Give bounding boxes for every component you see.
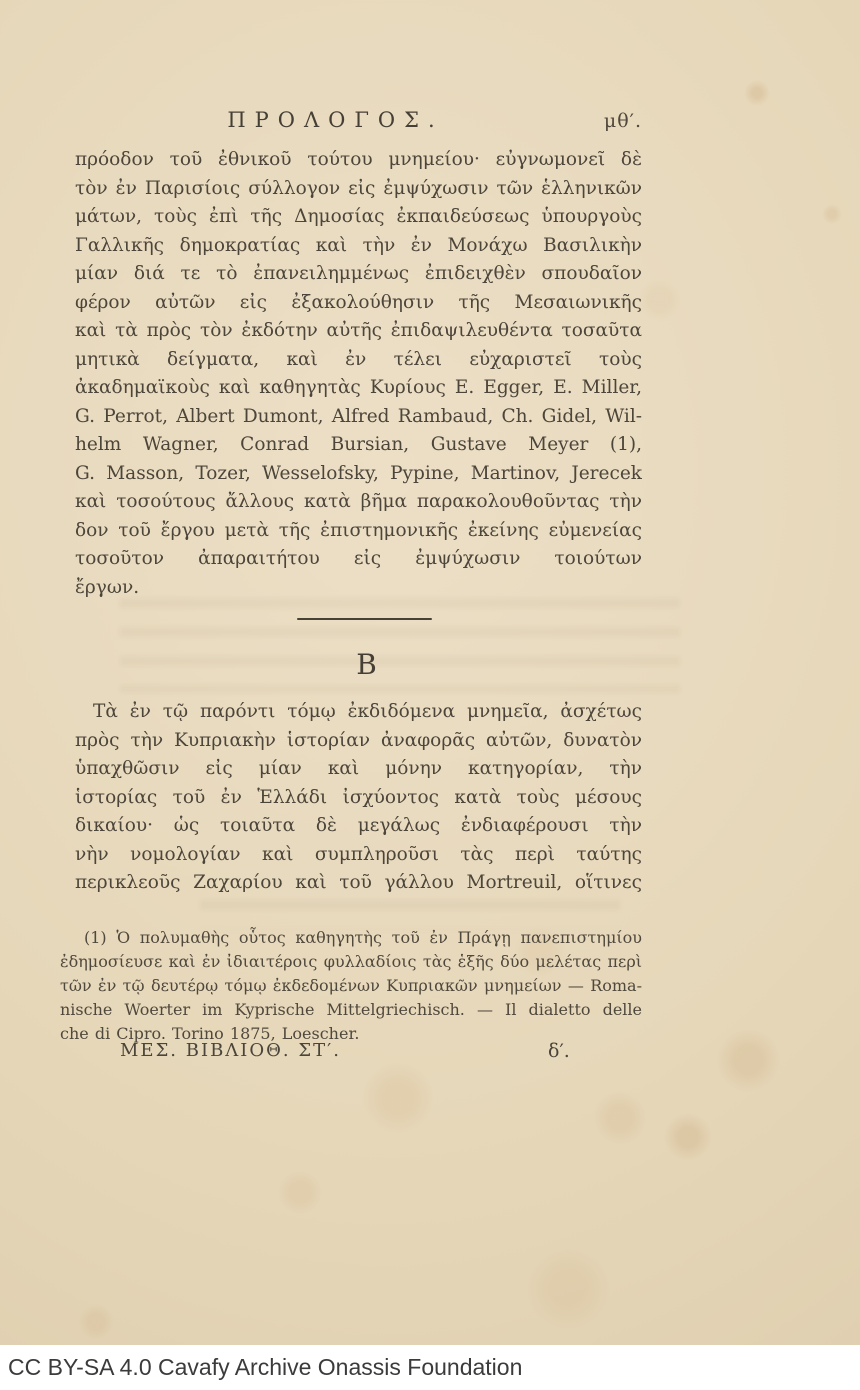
- text-line: φέρον αὐτῶν εἰς ἐξακολούθησιν τῆς Μεσαιω…: [75, 289, 642, 318]
- scanned-page: ΠΡΟΛΟΓΟΣ. μθ′. πρόοδον τοῦ ἐθνικοῦ τούτο…: [0, 0, 860, 1345]
- running-footer: ΜΕΣ. ΒΙΒΛΙΟΘ. ΣΤ′. δ′.: [60, 1038, 642, 1064]
- license-caption: CC BY-SA 4.0 Cavafy Archive Onassis Foun…: [0, 1345, 860, 1390]
- footnote: (1) Ὁ πολυμαθὴς οὗτος καθηγητὴς τοῦ ἐν Π…: [60, 926, 642, 1046]
- text-line: καὶ τοσούτους ἄλλους κατὰ βῆμα παρακολου…: [75, 488, 642, 517]
- text-line: G. Perrot, Albert Dumont, Alfred Rambaud…: [75, 403, 642, 432]
- text-line: μάτων, τοὺς ἐπὶ τῆς Δημοσίας ἐκπαιδεύσεω…: [75, 203, 642, 232]
- text-line: περικλεοῦς Ζαχαρίου καὶ τοῦ γάλλου Mortr…: [75, 869, 642, 898]
- text-line: τὸν ἐν Παρισίοις σύλλογον εἰς ἐμψύχωσιν …: [75, 175, 642, 204]
- text-line: πρόοδον τοῦ ἐθνικοῦ τούτου μνημείου· εὐγ…: [75, 146, 642, 175]
- text-line: μίαν διά τε τὸ ἐπανειλημμένως ἐπιδειχθὲν…: [75, 260, 642, 289]
- text-line: Γαλλικῆς δημοκρατίας καὶ τὴν ἐν Μονάχω Β…: [75, 232, 642, 261]
- text-line: πρὸς τὴν Κυπριακὴν ἱστορίαν ἀναφορᾶς αὐτ…: [75, 727, 642, 756]
- text-line: Τὰ ἐν τῷ παρόντι τόμῳ ἐκδιδόμενα μνημεῖα…: [75, 698, 642, 727]
- running-footer-sheet-mark: δ′.: [548, 1038, 570, 1064]
- text-line: τοσοῦτον ἀπαραιτήτου εἰς ἐμψύχωσιν τοιού…: [75, 545, 642, 574]
- text-line: helm Wagner, Conrad Bursian, Gustave Mey…: [75, 431, 642, 460]
- license-caption-bar: CC BY-SA 4.0 Cavafy Archive Onassis Foun…: [0, 1345, 860, 1390]
- page-header: ΠΡΟΛΟΓΟΣ. μθ′.: [75, 108, 642, 140]
- paragraph-1: πρόοδον τοῦ ἐθνικοῦ τούτου μνημείου· εὐγ…: [75, 146, 642, 602]
- text-line: νὴν νομολογίαν καὶ συμπληροῦσι τὰς περὶ …: [75, 841, 642, 870]
- footnote-line: ἐδημοσίευσε καὶ ἐν ἰδιαιτέροις φυλλαδίοι…: [60, 950, 642, 974]
- footnote-line: τῶν ἐν τῷ δευτέρῳ τόμῳ ἐκδεδομένων Κυπρι…: [60, 974, 642, 998]
- footnote-line: nische Woerter im Kyprische Mittelgriech…: [60, 998, 642, 1022]
- text-line: μητικὰ δείγματα, καὶ ἐν τέλει εὐχαριστεῖ…: [75, 346, 642, 375]
- section-heading-b: Β: [75, 648, 642, 681]
- footnote-line: (1) Ὁ πολυμαθὴς οὗτος καθηγητὴς τοῦ ἐν Π…: [60, 926, 642, 950]
- paragraph-2: Τὰ ἐν τῷ παρόντι τόμῳ ἐκδιδόμενα μνημεῖα…: [75, 698, 642, 898]
- text-line: καὶ τὰ πρὸς τὸν ἐκδότην αὐτῆς ἐπιδαψιλευ…: [75, 317, 642, 346]
- text-line: δον τοῦ ἔργου μετὰ τῆς ἐπιστημονικῆς ἐκε…: [75, 517, 642, 546]
- text-line: ἱστορίας τοῦ ἐν Ἑλλάδι ἰσχύοντος κατὰ το…: [75, 784, 642, 813]
- section-divider: [297, 618, 432, 620]
- text-line: δικαίου· ὡς τοιαῦτα δὲ μεγάλως ἐνδιαφέρο…: [75, 812, 642, 841]
- text-line: ὑπαχθῶσιν εἰς μίαν καὶ μόνην κατηγορίαν,…: [75, 755, 642, 784]
- text-line: ἀκαδημαϊκοὺς καὶ καθηγητὰς Κυρίους E. Eg…: [75, 374, 642, 403]
- text-line: G. Masson, Tozer, Wesselofsky, Pypine, M…: [75, 460, 642, 489]
- text-line: ἔργων.: [75, 574, 642, 603]
- page-number: μθ′.: [604, 110, 642, 132]
- page-title: ΠΡΟΛΟΓΟΣ.: [52, 108, 619, 132]
- running-footer-series: ΜΕΣ. ΒΙΒΛΙΟΘ. ΣΤ′.: [120, 1040, 341, 1061]
